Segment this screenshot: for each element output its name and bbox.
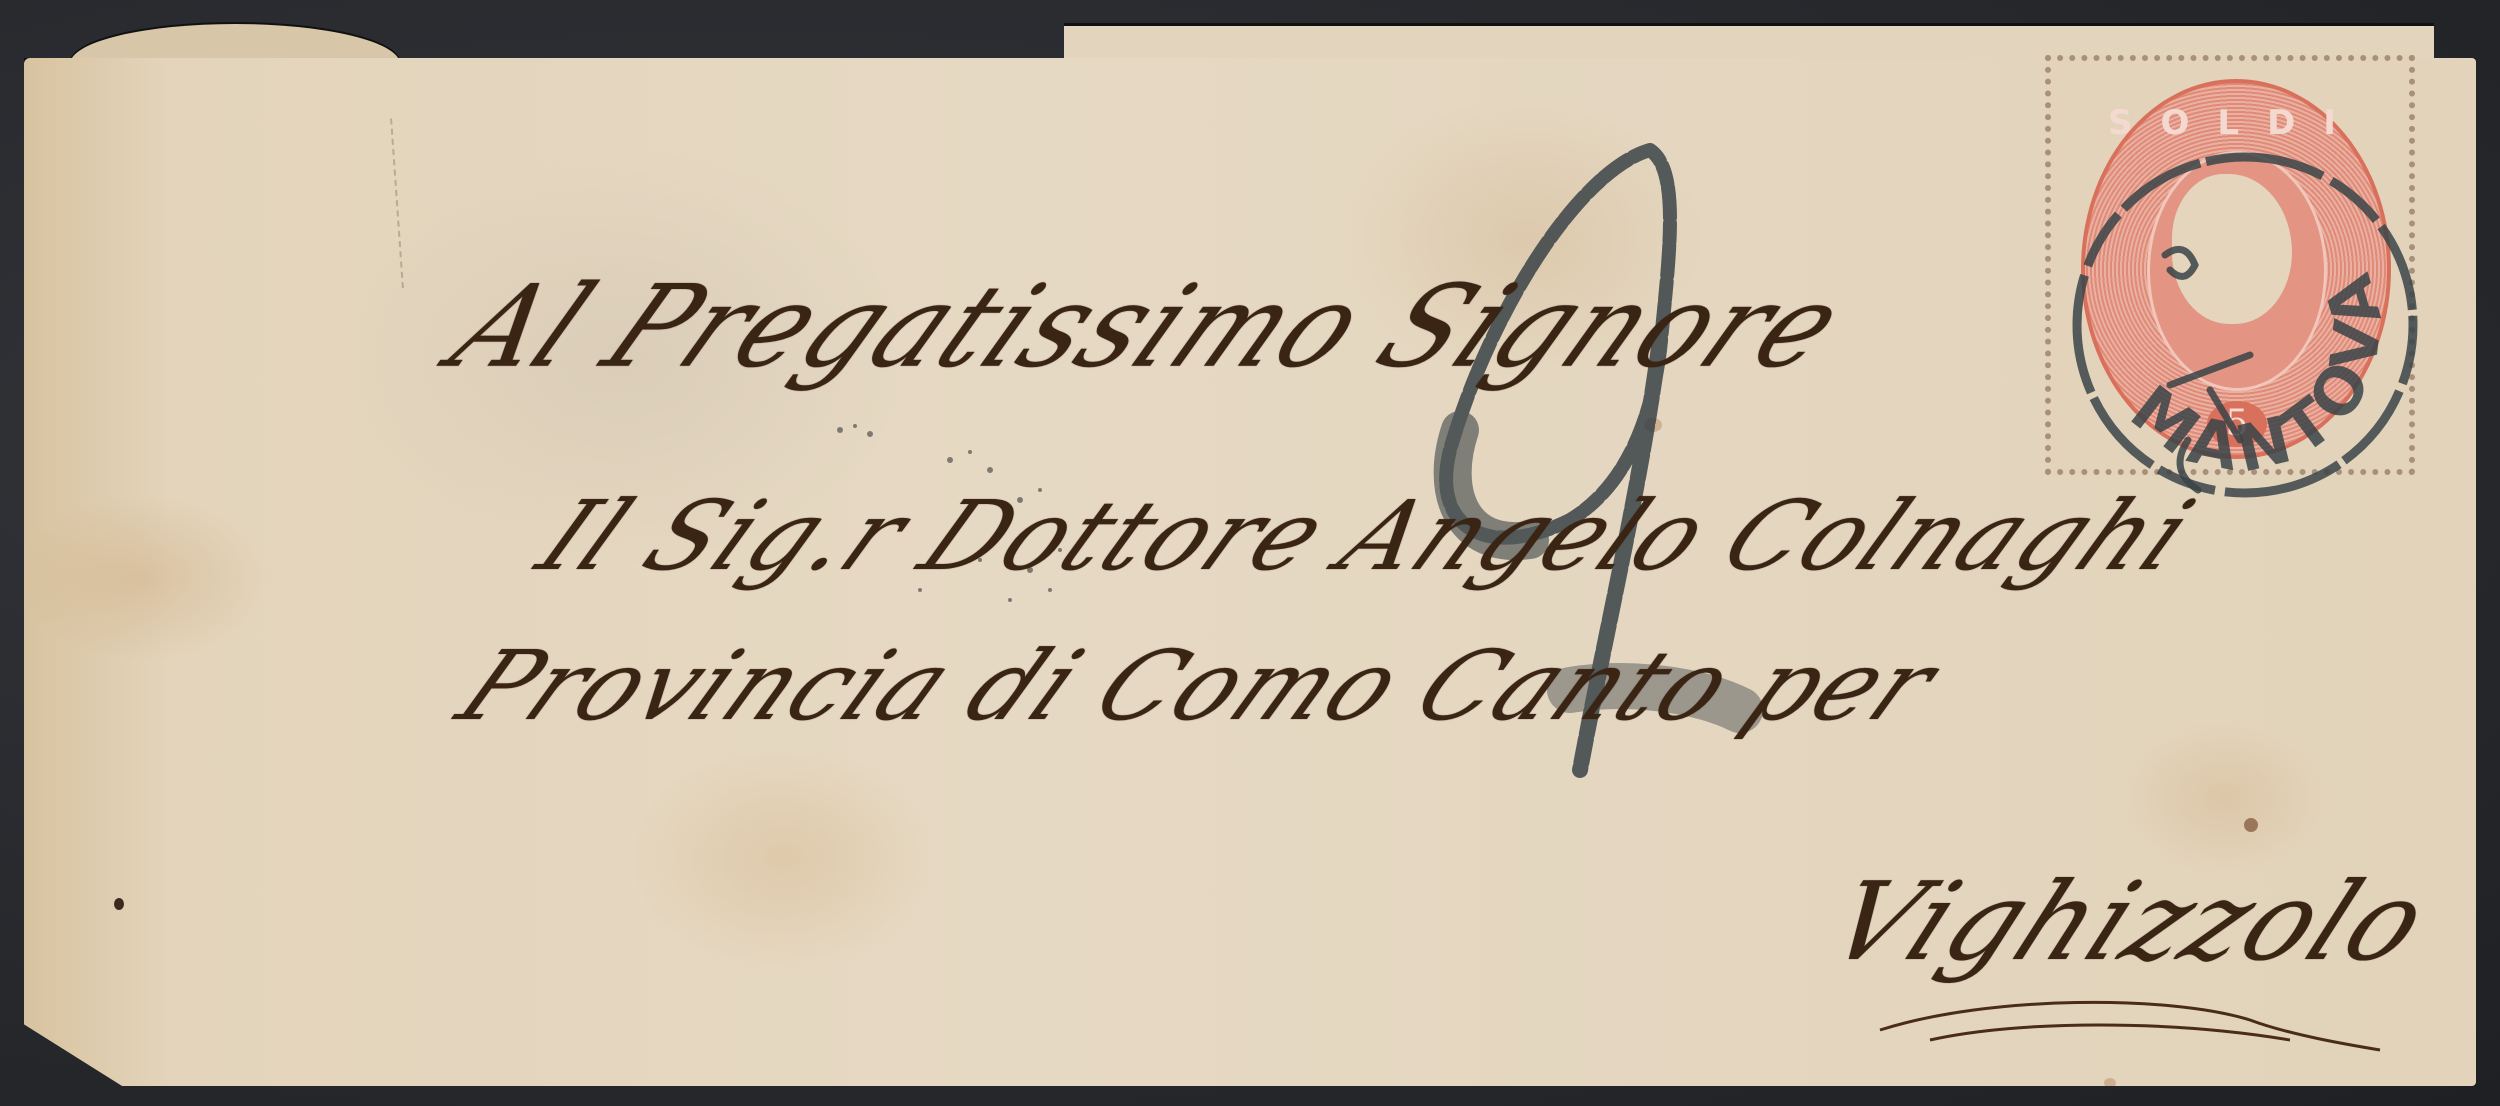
stamp-portrait-field <box>2147 151 2327 391</box>
postage-stamp: SOLDI 5 <box>2045 55 2415 475</box>
underline-flourish <box>1870 990 2390 1060</box>
embossed-head-icon <box>2172 174 2292 324</box>
stamp-frame: SOLDI 5 <box>2081 79 2391 459</box>
address-line-town: Vighizzolo <box>1810 860 2448 985</box>
foxing-spot <box>2244 818 2258 832</box>
stamp-value: 5 <box>2207 401 2267 447</box>
address-line-salutation: Al Pregatissimo Signore <box>430 262 1867 393</box>
address-line-province: Provincia di Como Canto per <box>440 630 1958 742</box>
address-line-recipient: Il Sig.r Dottore Angelo Colnaghi <box>520 480 2214 592</box>
paper-crease <box>390 118 410 288</box>
ink-spot <box>114 898 124 910</box>
stamp-denomination-label: SOLDI <box>2085 103 2387 143</box>
